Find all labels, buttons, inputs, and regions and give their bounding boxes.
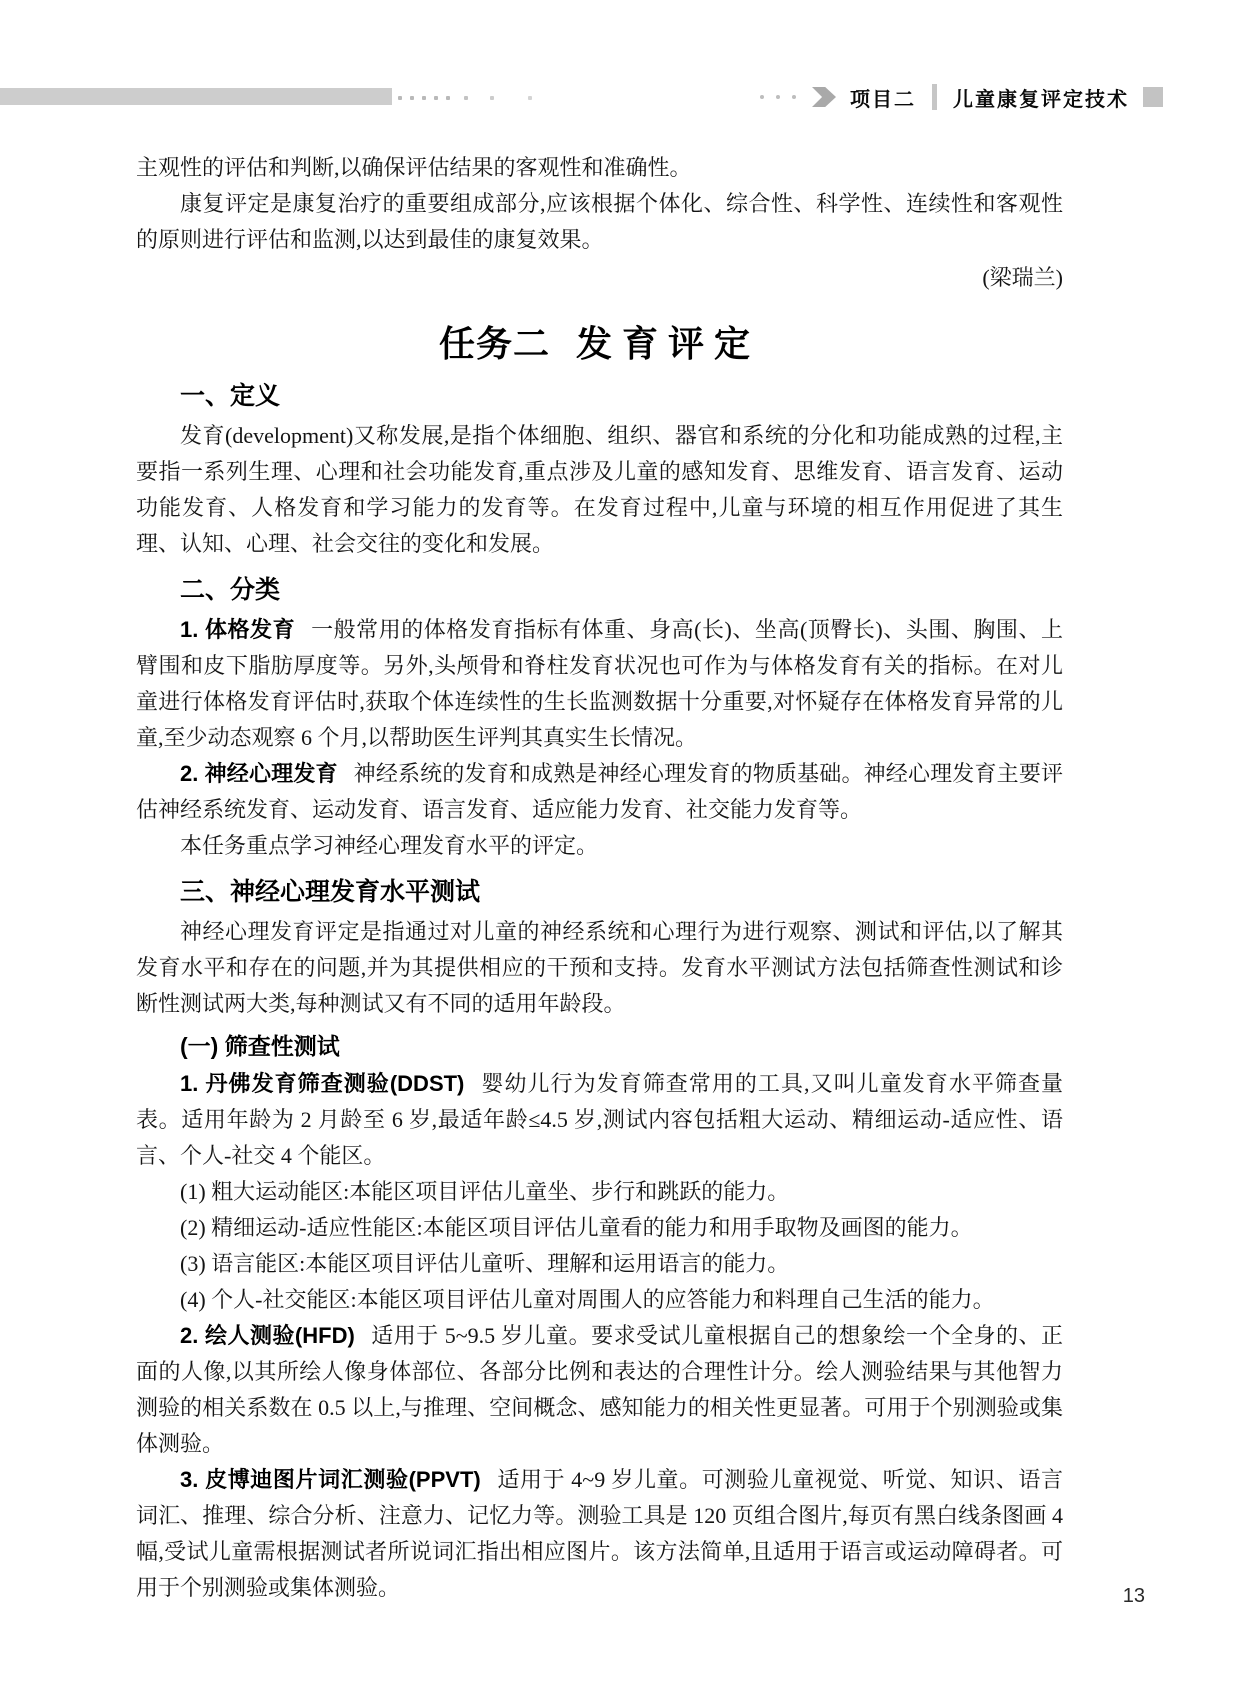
definition-paragraph: 发育(development)又称发展,是指个体细胞、组织、器官和系统的分化和功… bbox=[136, 418, 1063, 562]
intro-continuation-line: 主观性的评估和判断,以确保评估结果的客观性和准确性。 bbox=[136, 150, 1063, 186]
section-heading-classification: 二、分类 bbox=[136, 574, 1063, 606]
page-content: 主观性的评估和判断,以确保评估结果的客观性和准确性。 康复评定是康复治疗的重要组… bbox=[136, 150, 1063, 1606]
item-lead: 2. 神经心理发育 bbox=[180, 761, 338, 786]
ddst-area-language: (3) 语言能区:本能区项目评估儿童听、理解和运用语言的能力。 bbox=[136, 1246, 1063, 1282]
header-breadcrumb: 项目二 儿童康复评定技术 bbox=[748, 80, 1163, 114]
test-item-hfd: 2. 绘人测验(HFD)适用于 5~9.5 岁儿童。要求受试儿童根据自己的想象绘… bbox=[136, 1318, 1063, 1462]
subsection-heading-screening: (一) 筛查性测试 bbox=[136, 1030, 1063, 1062]
breadcrumb-dots-icon bbox=[748, 95, 796, 99]
author-credit: (梁瑞兰) bbox=[136, 260, 1063, 296]
section-heading-testing: 三、神经心理发育水平测试 bbox=[136, 876, 1063, 908]
ddst-area-gross-motor: (1) 粗大运动能区:本能区项目评估儿童坐、步行和跳跃的能力。 bbox=[136, 1174, 1063, 1210]
test-lead: 3. 皮博迪图片词汇测验(PPVT) bbox=[180, 1467, 481, 1492]
task-title: 任务二发育评定 bbox=[136, 320, 1063, 368]
ddst-area-personal-social: (4) 个人-社交能区:本能区项目评估儿童对周围人的应答能力和料理自己生活的能力… bbox=[136, 1282, 1063, 1318]
test-lead: 1. 丹佛发育筛查测验(DDST) bbox=[180, 1071, 464, 1096]
header-rule-bar-icon bbox=[0, 88, 392, 105]
item-lead: 1. 体格发育 bbox=[180, 617, 295, 642]
test-lead: 2. 绘人测验(HFD) bbox=[180, 1323, 355, 1348]
classification-item-neuropsych: 2. 神经心理发育神经系统的发育和成熟是神经心理发育的物质基础。神经心理发育主要… bbox=[136, 756, 1063, 828]
ddst-area-fine-motor: (2) 精细运动-适应性能区:本能区项目评估儿童看的能力和用手取物及画图的能力。 bbox=[136, 1210, 1063, 1246]
section-heading-definition: 一、定义 bbox=[136, 380, 1063, 412]
task-title-text: 发育评定 bbox=[576, 323, 760, 364]
header-separator-icon bbox=[932, 84, 937, 110]
test-item-ddst: 1. 丹佛发育筛查测验(DDST)婴幼儿行为发育筛查常用的工具,又叫儿童发育水平… bbox=[136, 1066, 1063, 1174]
page-number: 13 bbox=[1123, 1585, 1145, 1608]
header-fading-dots-icon bbox=[398, 96, 532, 100]
classification-note: 本任务重点学习神经心理发育水平的评定。 bbox=[136, 828, 1063, 864]
document-page: 项目二 儿童康复评定技术 主观性的评估和判断,以确保评估结果的客观性和准确性。 … bbox=[0, 0, 1245, 1688]
classification-item-physical: 1. 体格发育一般常用的体格发育指标有体重、身高(长)、坐高(顶臀长)、头围、胸… bbox=[136, 612, 1063, 756]
test-item-ppvt: 3. 皮博迪图片词汇测验(PPVT)适用于 4~9 岁儿童。可测验儿童视觉、听觉… bbox=[136, 1462, 1063, 1606]
task-label: 任务二 bbox=[439, 323, 550, 364]
intro-paragraph: 康复评定是康复治疗的重要组成部分,应该根据个体化、综合性、科学性、连续性和客观性… bbox=[136, 186, 1063, 258]
header-chapter-title: 儿童康复评定技术 bbox=[953, 83, 1129, 112]
header-project-label: 项目二 bbox=[850, 83, 916, 112]
arrow-right-icon bbox=[812, 87, 836, 107]
header-square-icon bbox=[1143, 87, 1163, 107]
testing-intro-paragraph: 神经心理发育评定是指通过对儿童的神经系统和心理行为进行观察、测试和评估,以了解其… bbox=[136, 914, 1063, 1022]
